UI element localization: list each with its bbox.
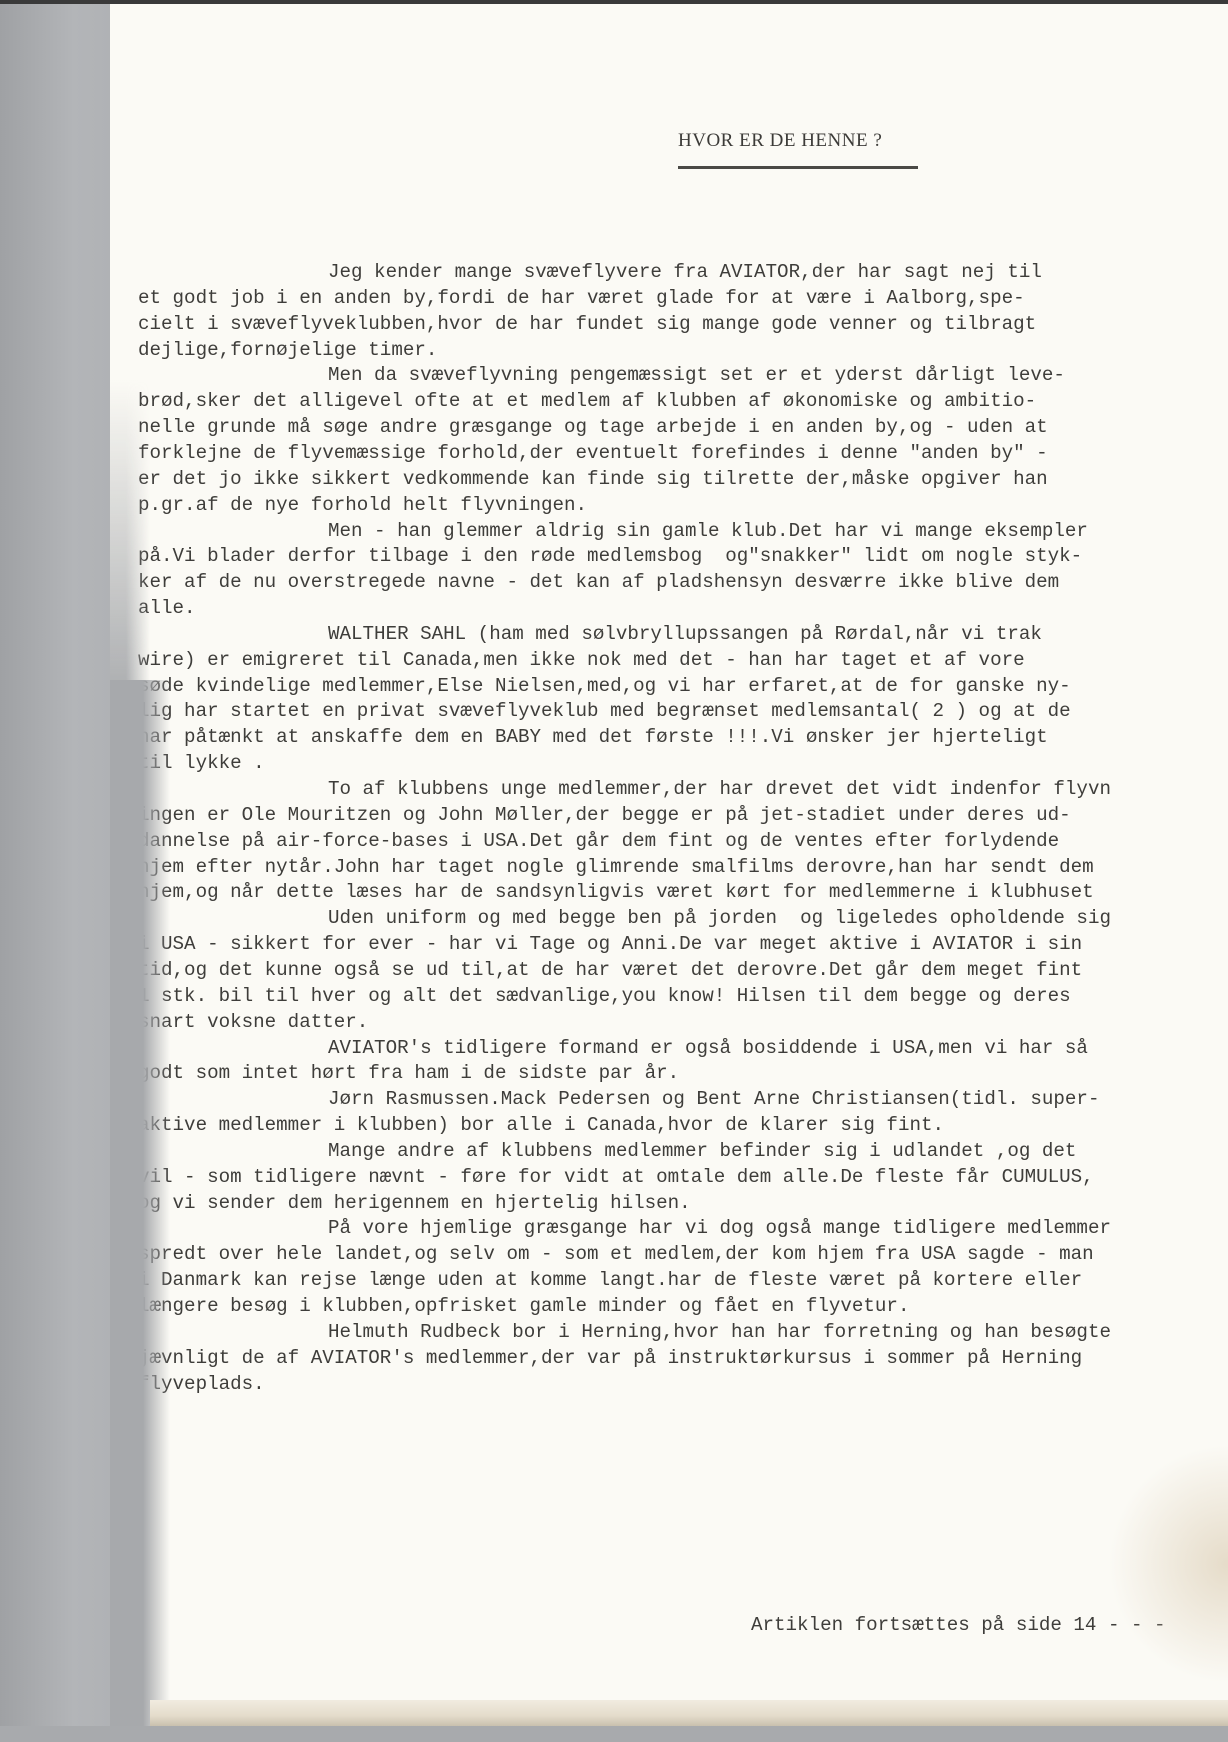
text-line: godt som intet hørt fra ham i de sidste … — [138, 1059, 679, 1088]
text-line: brød,sker det alligevel ofte at et medle… — [138, 387, 1036, 416]
text-line: lig har startet en privat svæveflyveklub… — [138, 697, 1071, 726]
text-line: WALTHER SAHL (ham med sølvbryllupssangen… — [328, 620, 1042, 649]
text-line: længere besøg i klubben,opfrisket gamle … — [138, 1292, 909, 1321]
text-line: forklejne de flyvemæssige forhold,der ev… — [138, 439, 1048, 468]
text-line: tid,og det kunne også se ud til,at de ha… — [138, 956, 1082, 985]
text-line: Men - han glemmer aldrig sin gamle klub.… — [328, 517, 1088, 546]
text-line: Jørn Rasmussen.Mack Pedersen og Bent Arn… — [328, 1085, 1099, 1114]
text-line: et godt job i en anden by,fordi de har v… — [138, 284, 1025, 313]
text-line: er det jo ikke sikkert vedkommende kan f… — [138, 465, 1048, 494]
text-line: 1 stk. bil til hver og alt det sædvanlig… — [138, 982, 1071, 1011]
paper-stain — [1108, 1444, 1228, 1684]
text-line: hjem efter nytår.John har taget nogle gl… — [138, 853, 1094, 882]
text-line: Jeg kender mange svæveflyvere fra AVIATO… — [328, 258, 1042, 287]
paper-bottom-edge — [150, 1700, 1228, 1726]
binding-shadow-lower — [110, 680, 170, 1730]
text-line: dejlige,fornøjelige timer. — [138, 336, 437, 365]
text-line: wire) er emigreret til Canada,men ikke n… — [138, 646, 1025, 675]
text-line: spredt over hele landet,og selv om - som… — [138, 1240, 1094, 1269]
text-line: Mange andre af klubbens medlemmer befind… — [328, 1137, 1076, 1166]
page-title: HVOR ER DE HENNE ? — [678, 130, 882, 152]
text-line: Men da svæveflyvning pengemæssigt set er… — [328, 361, 1065, 390]
text-line: i USA - sikkert for ever - har vi Tage o… — [138, 930, 1082, 959]
text-line: cielt i svæveflyveklubben,hvor de har fu… — [138, 310, 1036, 339]
text-line: på.Vi blader derfor tilbage i den røde m… — [138, 542, 1082, 571]
text-line: søde kvindelige medlemmer,Else Nielsen,m… — [138, 672, 1071, 701]
text-line: og vi sender dem herigennem en hjertelig… — [138, 1189, 691, 1218]
title-underline — [678, 166, 918, 169]
text-line: har påtænkt at anskaffe dem en BABY med … — [138, 723, 1048, 752]
continuation-note: Artiklen fortsættes på side 14 - - - — [751, 1614, 1166, 1636]
text-line: hjem,og når dette læses har de sandsynli… — [138, 878, 1094, 907]
text-line: På vore hjemlige græsgange har vi dog og… — [328, 1214, 1111, 1243]
text-line: ingen er Ole Mouritzen og John Møller,de… — [138, 801, 1071, 830]
text-line: Uden uniform og med begge ben på jorden … — [328, 904, 1111, 933]
scanner-bottom — [0, 1726, 1228, 1742]
text-line: Helmuth Rudbeck bor i Herning,hvor han h… — [328, 1318, 1111, 1347]
text-line: ker af de nu overstregede navne - det ka… — [138, 568, 1059, 597]
text-line: aktive medlemmer i klubben) bor alle i C… — [138, 1111, 944, 1140]
text-line: nelle grunde må søge andre græsgange og … — [138, 413, 1048, 442]
text-line: snart voksne datter. — [138, 1008, 368, 1037]
text-line: AVIATOR's tidligere formand er også bosi… — [328, 1034, 1088, 1063]
text-line: p.gr.af de nye forhold helt flyvningen. — [138, 491, 587, 520]
binding-shadow — [110, 380, 150, 680]
text-line: i Danmark kan rejse længe uden at komme … — [138, 1266, 1082, 1295]
text-line: dannelse på air-force-bases i USA.Det gå… — [138, 827, 1059, 856]
typewritten-page: HVOR ER DE HENNE ? Jeg kender mange svæv… — [110, 4, 1228, 1726]
text-line: vil - som tidligere nævnt - føre for vid… — [138, 1163, 1094, 1192]
text-line: To af klubbens unge medlemmer,der har dr… — [328, 775, 1111, 804]
text-line: jævnligt de af AVIATOR's medlemmer,der v… — [138, 1344, 1082, 1373]
